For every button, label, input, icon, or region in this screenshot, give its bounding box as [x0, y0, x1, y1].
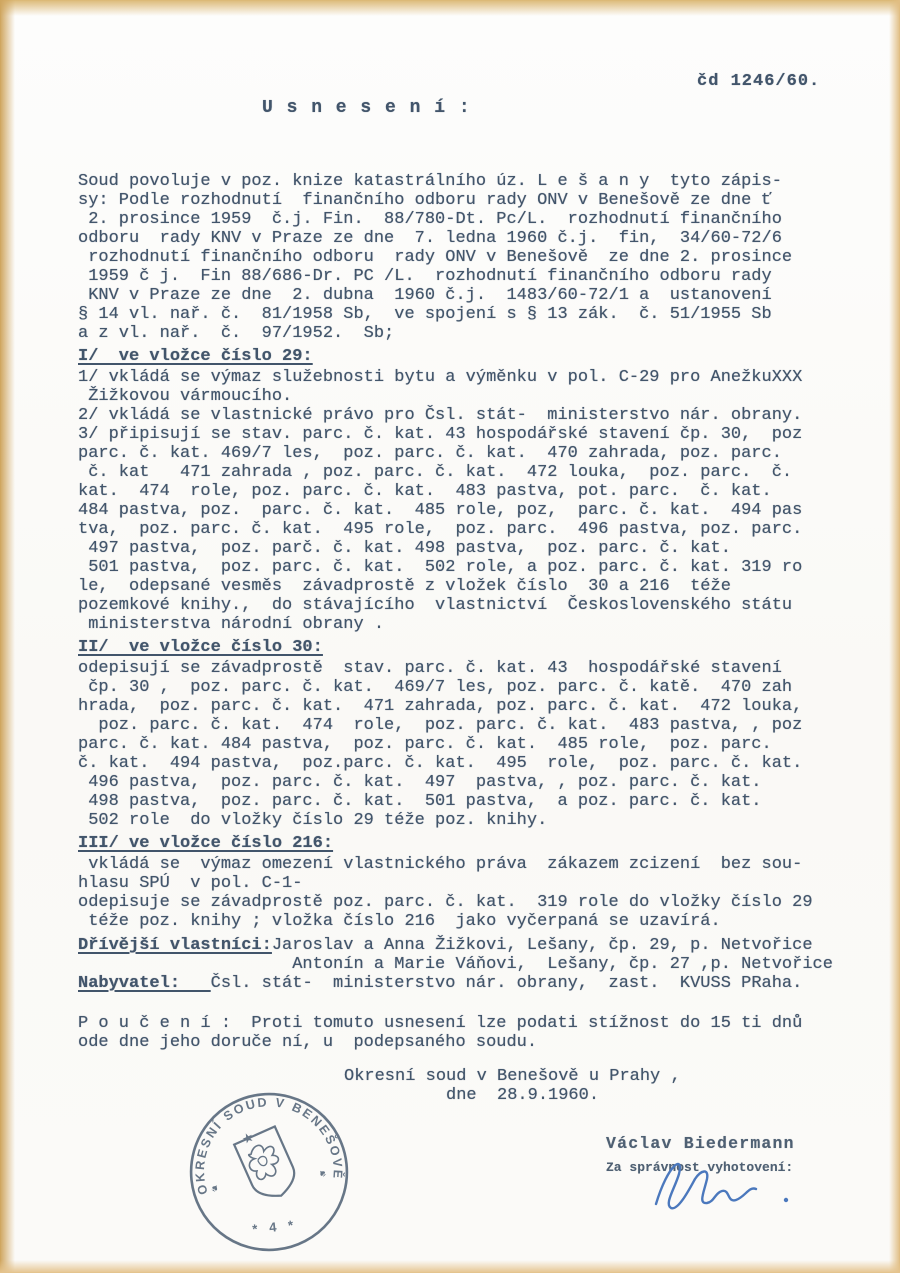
previous-owners-label: Dřívější vlastníci: — [78, 936, 272, 955]
text-line: odboru rady KNV v Praze ze dne 7. ledna … — [78, 229, 878, 248]
text-line: KNV v Praze ze dne 2. dubna 1960 č.j. 14… — [78, 286, 878, 305]
intro-paragraph: Soud povoluje v poz. knize katastrálního… — [78, 172, 878, 343]
scanned-court-document: čd 1246/60. U s n e s e n í : Soud povol… — [0, 0, 900, 1273]
lion-emblem-icon: ★ — [231, 1119, 302, 1204]
stamp-leaf-left-icon: ♠ — [209, 1182, 220, 1195]
text-line: hlasu SPÚ v pol. C-1- — [78, 874, 878, 893]
legal-advice-paragraph: P o u č e n í : Proti tomuto usnesení lz… — [78, 1014, 878, 1052]
text-line: 496 pastva, poz. parc. č. kat. 497 pastv… — [78, 773, 878, 792]
section-2-body: odepisují se závadprostě stav. parc. č. … — [78, 659, 878, 830]
section-2-heading: II/ ve vložce číslo 30: — [78, 638, 323, 657]
text-line: 1/ vkládá se výmaz služebnosti bytu a vý… — [78, 368, 878, 387]
court-seal-stamp: OKRESNÍ SOUD V BENEŠOVĚ * 4 * ♠ ♠ ★ — [183, 1086, 355, 1258]
document-body: Soud povoluje v poz. knize katastrálního… — [78, 172, 878, 1105]
scan-edge-left — [0, 0, 15, 1273]
text-line: a z vl. nař. č. 97/1952. Sb; — [78, 324, 878, 343]
text-line: č. kat. 494 pastva, poz.parc. č. kat. 49… — [78, 754, 878, 773]
scan-edge-right — [889, 0, 900, 1273]
text-line: sy: Podle rozhodnutí finančního odboru r… — [78, 191, 878, 210]
scan-edge-top — [0, 0, 900, 16]
stamp-ring-text: OKRESNÍ SOUD V BENEŠOVĚ — [186, 1088, 347, 1197]
text-line: parc. č. kat. 469/7 les, poz. parc. č. k… — [78, 444, 878, 463]
acquirer-label: Nabyvatel: — [78, 974, 211, 993]
text-line: 502 role do vložky číslo 29 téže poz. kn… — [78, 811, 878, 830]
text-line: vkládá se výmaz omezení vlastnického prá… — [78, 855, 878, 874]
text-line: pozemkové knihy., do stávajícího vlastni… — [78, 596, 878, 615]
court-name-line: Okresní soud v Benešově u Prahy , — [78, 1067, 878, 1086]
text-line: ministerstva národní obrany . — [78, 615, 878, 634]
text-line: 2/ vkládá se vlastnické právo pro Čsl. s… — [78, 406, 878, 425]
text-line: Žižkovou vármoucího. — [78, 387, 878, 406]
text-line: parc. č. kat. 484 pastva, poz. parc. č. … — [78, 735, 878, 754]
previous-owners-line-2: Antonín a Marie Váňovi, Lešany, čp. 27 ,… — [78, 955, 878, 974]
text-line: Soud povoluje v poz. knize katastrálního… — [78, 172, 878, 191]
text-line: hrada, poz. parc. č. kat. 471 zahrada, p… — [78, 697, 878, 716]
signature-block: Václav Biedermann Za správnost vyhotoven… — [606, 1134, 795, 1175]
text-line: 501 pastva, poz. parc. č. kat. 502 role,… — [78, 558, 878, 577]
section-3: III/ ve vložce číslo 216: vkládá se výma… — [78, 834, 878, 931]
reference-number: čd 1246/60. — [697, 72, 820, 91]
stamp-leaf-right-icon: ♠ — [316, 1167, 329, 1180]
text-line: 497 pastva, poz. parč. č. kat. 498 pastv… — [78, 539, 878, 558]
text-line: 2. prosince 1959 č.j. Fin. 88/780-Dt. Pc… — [78, 210, 878, 229]
text-line: odepisuje se závadprostě poz. parc. č. k… — [78, 893, 878, 912]
section-1-heading: I/ ve vložce číslo 29: — [78, 347, 313, 366]
text-line: kat. 474 role, poz. parc. č. kat. 483 pa… — [78, 482, 878, 501]
previous-owners-line-1: Dřívější vlastníci:Jaroslav a Anna Žižko… — [78, 936, 878, 955]
text-line: 484 pastva, poz. parc. č. kat. 485 role,… — [78, 501, 878, 520]
text-line: č. kat 471 zahrada , poz. parc. č. kat. … — [78, 463, 878, 482]
text-line: 1959 č j. Fin 88/686-Dr. PC /L. rozhodnu… — [78, 267, 878, 286]
text-line: 498 pastva, poz. parc. č. kat. 501 pastv… — [78, 792, 878, 811]
text-line: poz. parc. č. kat. 474 role, poz. parc. … — [78, 716, 878, 735]
acquirer-line: Nabyvatel: Čsl. stát- ministerstvo nár. … — [78, 974, 878, 993]
section-3-body: vkládá se výmaz omezení vlastnického prá… — [78, 855, 878, 931]
section-1: I/ ve vložce číslo 29: 1/ vkládá se výma… — [78, 347, 878, 634]
text-line: ode dne jeho doruče ní, u podepsaného so… — [78, 1033, 878, 1052]
text-line: rozhodnutí finančního odboru rady ONV v … — [78, 248, 878, 267]
text-line: le, odepsané vesměs závadprostě z vložek… — [78, 577, 878, 596]
text-line: 3/ připisují se stav. parc. č. kat. 43 h… — [78, 425, 878, 444]
section-2: II/ ve vložce číslo 30: odepisují se záv… — [78, 638, 878, 830]
scan-edge-bottom — [0, 1260, 900, 1273]
text-line: tva, poz. parc. č. kat. 495 role, poz. p… — [78, 520, 878, 539]
previous-owners-first: Jaroslav a Anna Žižkovi, Lešany, čp. 29,… — [272, 936, 813, 955]
previous-owners-block: Dřívější vlastníci:Jaroslav a Anna Žižko… — [78, 936, 878, 993]
text-line: téže poz. knihy ; vložka číslo 216 jako … — [78, 912, 878, 931]
stamp-star-icon: ★ — [239, 1129, 256, 1147]
stamp-bottom-text: * 4 * — [252, 1217, 298, 1237]
text-line: § 14 vl. nař. č. 81/1958 Sb, ve spojení … — [78, 305, 878, 324]
handwritten-signature — [646, 1148, 826, 1233]
text-line: odepisují se závadprostě stav. parc. č. … — [78, 659, 878, 678]
document-title: U s n e s e n í : — [262, 98, 471, 118]
section-1-body: 1/ vkládá se výmaz služebnosti bytu a vý… — [78, 368, 878, 634]
text-line: P o u č e n í : Proti tomuto usnesení lz… — [78, 1014, 878, 1033]
acquirer-text: Čsl. stát- ministerstvo nár. obrany, zas… — [211, 974, 803, 993]
section-3-heading: III/ ve vložce číslo 216: — [78, 834, 333, 853]
text-line: čp. 30 , poz. parc. č. kat. 469/7 les, p… — [78, 678, 878, 697]
